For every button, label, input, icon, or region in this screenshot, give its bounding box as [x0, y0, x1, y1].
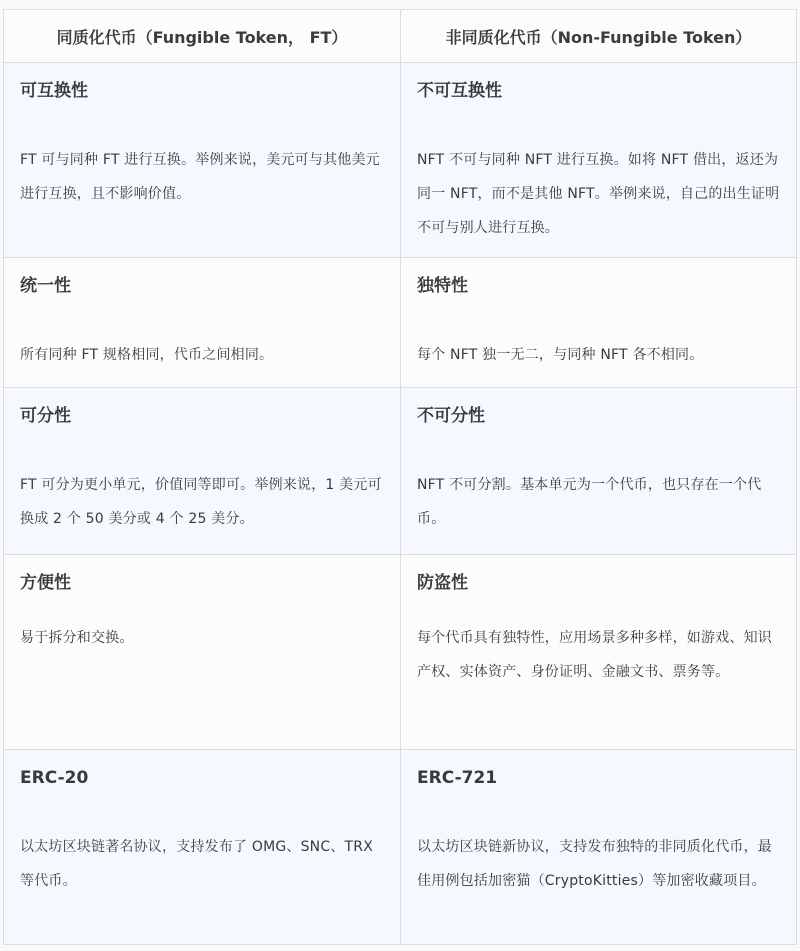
- table-row: ERC-20 以太坊区块链著名协议，支持发布了 OMG、SNC、TRX 等代币。…: [4, 750, 796, 944]
- nft-cell: ERC-721 以太坊区块链新协议，支持发布独特的非同质化代币，最佳用例包括加密…: [400, 750, 796, 944]
- ft-property-title: 统一性: [20, 275, 384, 297]
- nft-cell: 防盗性 每个代币具有独特性，应用场景多种多样，如游戏、知识产权、实体资产、身份证…: [400, 555, 796, 749]
- nft-cell: 不可分性 NFT 不可分割。基本单元为一个代币，也只存在一个代币。: [400, 388, 796, 554]
- ft-property-desc: FT 可分为更小单元，价值同等即可。举例来说，1 美元可换成 2 个 50 美分…: [20, 468, 384, 536]
- ft-property-desc: FT 可与同种 FT 进行互换。举例来说，美元可与其他美元进行互换，且不影响价值…: [20, 143, 384, 211]
- nft-cell: 独特性 每个 NFT 独一无二，与同种 NFT 各不相同。: [400, 258, 796, 387]
- nft-cell: 不可互换性 NFT 不可与同种 NFT 进行互换。如将 NFT 借出，返还为同一…: [400, 63, 796, 257]
- nft-property-title: 防盗性: [417, 572, 780, 594]
- nft-property-desc: NFT 不可分割。基本单元为一个代币，也只存在一个代币。: [417, 468, 780, 536]
- header-nft: 非同质化代币（Non-Fungible Token）: [400, 10, 796, 62]
- nft-property-desc: 每个代币具有独特性，应用场景多种多样，如游戏、知识产权、实体资产、身份证明、金融…: [417, 621, 780, 689]
- ft-property-title: 可互换性: [20, 80, 384, 102]
- nft-property-desc: 以太坊区块链新协议，支持发布独特的非同质化代币，最佳用例包括加密猫（Crypto…: [417, 830, 780, 898]
- nft-property-title: 不可分性: [417, 405, 780, 427]
- table-header-row: 同质化代币（Fungible Token， FT） 非同质化代币（Non-Fun…: [4, 10, 796, 63]
- ft-property-title: ERC-20: [20, 767, 384, 789]
- nft-property-title: ERC-721: [417, 767, 780, 789]
- ft-property-desc: 以太坊区块链著名协议，支持发布了 OMG、SNC、TRX 等代币。: [20, 830, 384, 898]
- nft-property-title: 不可互换性: [417, 80, 780, 102]
- ft-cell: 可互换性 FT 可与同种 FT 进行互换。举例来说，美元可与其他美元进行互换，且…: [4, 63, 400, 257]
- ft-cell: 可分性 FT 可分为更小单元，价值同等即可。举例来说，1 美元可换成 2 个 5…: [4, 388, 400, 554]
- table-row: 统一性 所有同种 FT 规格相同，代币之间相同。 独特性 每个 NFT 独一无二…: [4, 258, 796, 388]
- ft-property-title: 方便性: [20, 572, 384, 594]
- table-row: 可互换性 FT 可与同种 FT 进行互换。举例来说，美元可与其他美元进行互换，且…: [4, 63, 796, 258]
- table-row: 方便性 易于拆分和交换。 防盗性 每个代币具有独特性，应用场景多种多样，如游戏、…: [4, 555, 796, 750]
- nft-property-desc: 每个 NFT 独一无二，与同种 NFT 各不相同。: [417, 338, 780, 372]
- ft-cell: 统一性 所有同种 FT 规格相同，代币之间相同。: [4, 258, 400, 387]
- header-ft: 同质化代币（Fungible Token， FT）: [4, 10, 400, 62]
- ft-nft-comparison-table: 同质化代币（Fungible Token， FT） 非同质化代币（Non-Fun…: [3, 9, 797, 945]
- nft-property-desc: NFT 不可与同种 NFT 进行互换。如将 NFT 借出，返还为同一 NFT，而…: [417, 143, 780, 245]
- ft-property-desc: 易于拆分和交换。: [20, 621, 384, 655]
- ft-cell: 方便性 易于拆分和交换。: [4, 555, 400, 749]
- nft-property-title: 独特性: [417, 275, 780, 297]
- ft-property-desc: 所有同种 FT 规格相同，代币之间相同。: [20, 338, 384, 372]
- ft-property-title: 可分性: [20, 405, 384, 427]
- ft-cell: ERC-20 以太坊区块链著名协议，支持发布了 OMG、SNC、TRX 等代币。: [4, 750, 400, 944]
- table-row: 可分性 FT 可分为更小单元，价值同等即可。举例来说，1 美元可换成 2 个 5…: [4, 388, 796, 555]
